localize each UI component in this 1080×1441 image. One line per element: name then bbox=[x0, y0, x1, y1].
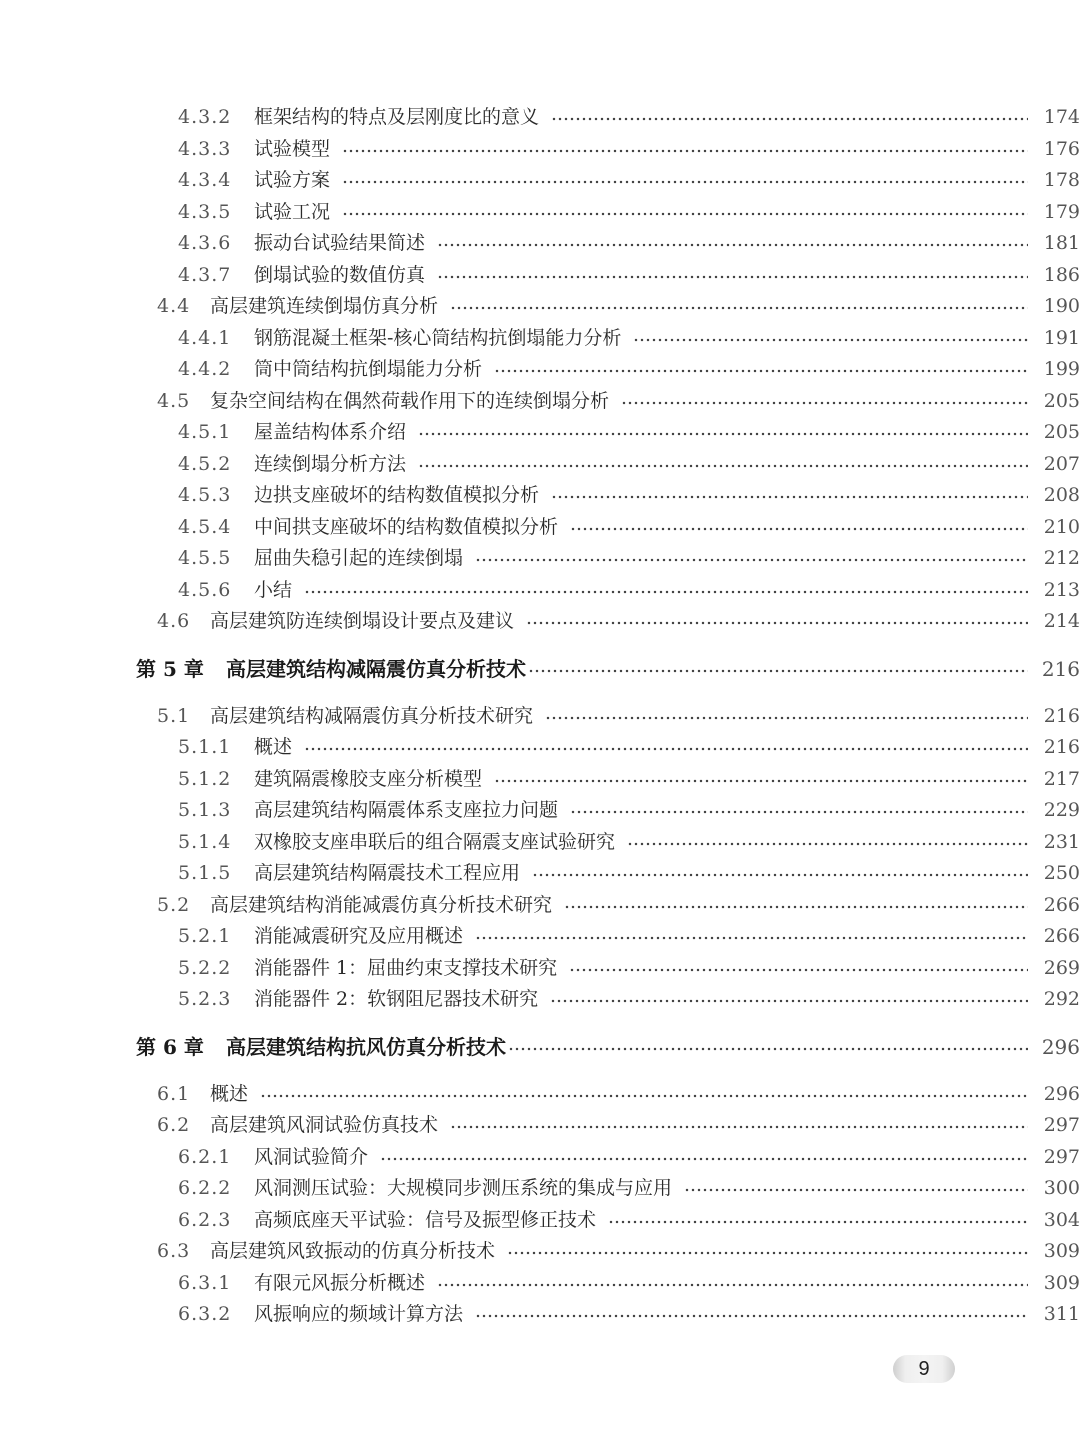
toc-entry[interactable]: 6.2.1风洞试验简介297 bbox=[0, 1143, 1080, 1171]
dot-leader bbox=[450, 306, 1028, 310]
dot-leader bbox=[551, 495, 1028, 499]
dot-leader bbox=[450, 1125, 1028, 1129]
page-number: 266 bbox=[1036, 891, 1080, 919]
toc-entry[interactable]: 6.3.1有限元风振分析概述309 bbox=[0, 1269, 1080, 1297]
dot-leader bbox=[304, 747, 1028, 751]
page-number: 214 bbox=[1036, 607, 1080, 635]
section-title: 筒中筒结构抗倒塌能力分析 bbox=[254, 355, 482, 383]
section-number: 4.5.6 bbox=[178, 576, 254, 604]
page-number: 231 bbox=[1036, 828, 1080, 856]
section-title: 风洞试验简介 bbox=[254, 1143, 368, 1171]
page-number: 210 bbox=[1036, 513, 1080, 541]
section-title: 建筑隔震橡胶支座分析模型 bbox=[254, 765, 482, 793]
toc-entry[interactable]: 6.1概述296 bbox=[0, 1080, 1080, 1108]
page-number: 205 bbox=[1036, 418, 1080, 446]
toc-entry[interactable]: 4.3.5试验工况179 bbox=[0, 198, 1080, 226]
dot-leader bbox=[633, 338, 1028, 342]
section-number: 6.3.2 bbox=[178, 1300, 254, 1328]
dot-leader bbox=[526, 621, 1028, 625]
section-number: 6.2 bbox=[157, 1111, 210, 1139]
dot-leader bbox=[621, 401, 1028, 405]
dot-leader bbox=[380, 1157, 1028, 1161]
section-number: 5.1.4 bbox=[178, 828, 254, 856]
chapter-title: 高层建筑结构抗风仿真分析技术 bbox=[226, 1033, 506, 1061]
page-number: 199 bbox=[1036, 355, 1080, 383]
toc-entry[interactable]: 4.4.1钢筋混凝土框架-核心筒结构抗倒塌能力分析191 bbox=[0, 324, 1080, 352]
toc-entry[interactable]: 4.6高层建筑防连续倒塌设计要点及建议214 bbox=[0, 607, 1080, 635]
section-title: 试验模型 bbox=[254, 135, 330, 163]
dot-leader bbox=[437, 1283, 1028, 1287]
section-number: 4.6 bbox=[157, 607, 210, 635]
page-number: 216 bbox=[1036, 655, 1080, 683]
page-number: 216 bbox=[1036, 702, 1080, 730]
page-number: 304 bbox=[1036, 1206, 1080, 1234]
section-title: 风振响应的频域计算方法 bbox=[254, 1300, 463, 1328]
section-title: 中间拱支座破坏的结构数值模拟分析 bbox=[254, 513, 558, 541]
page-number: 179 bbox=[1036, 198, 1080, 226]
toc-entry[interactable]: 4.4.2筒中筒结构抗倒塌能力分析199 bbox=[0, 355, 1080, 383]
toc-entry[interactable]: 4.5.5屈曲失稳引起的连续倒塌212 bbox=[0, 544, 1080, 572]
section-title: 屋盖结构体系介绍 bbox=[254, 418, 406, 446]
section-number: 4.5 bbox=[157, 387, 210, 415]
section-title: 高频底座天平试验：信号及振型修正技术 bbox=[254, 1206, 596, 1234]
section-number: 4.3.3 bbox=[178, 135, 254, 163]
page-number: 250 bbox=[1036, 859, 1080, 887]
dot-leader bbox=[475, 1314, 1028, 1318]
dot-leader bbox=[569, 968, 1028, 972]
toc-entry[interactable]: 5.1.3高层建筑结构隔震体系支座拉力问题229 bbox=[0, 796, 1080, 824]
dot-leader bbox=[570, 527, 1028, 531]
page-number: 176 bbox=[1036, 135, 1080, 163]
dot-leader bbox=[684, 1188, 1028, 1192]
dot-leader bbox=[564, 905, 1028, 909]
toc-entry[interactable]: 6.2.3高频底座天平试验：信号及振型修正技术304 bbox=[0, 1206, 1080, 1234]
dot-leader bbox=[570, 810, 1028, 814]
toc-entry[interactable]: 4.4高层建筑连续倒塌仿真分析190 bbox=[0, 292, 1080, 320]
page-number: 207 bbox=[1036, 450, 1080, 478]
toc-entry[interactable]: 5.2高层建筑结构消能减震仿真分析技术研究266 bbox=[0, 891, 1080, 919]
section-title: 钢筋混凝土框架-核心筒结构抗倒塌能力分析 bbox=[254, 324, 621, 352]
page-number: 178 bbox=[1036, 166, 1080, 194]
toc-entry[interactable]: 4.5.2连续倒塌分析方法207 bbox=[0, 450, 1080, 478]
section-title: 试验方案 bbox=[254, 166, 330, 194]
page-number: 186 bbox=[1036, 261, 1080, 289]
toc-entry[interactable]: 4.5.6小结213 bbox=[0, 576, 1080, 604]
page-number: 296 bbox=[1036, 1080, 1080, 1108]
section-number: 5.2.1 bbox=[178, 922, 254, 950]
section-number: 4.3.2 bbox=[178, 103, 254, 131]
chapter-title: 高层建筑结构减隔震仿真分析技术 bbox=[226, 655, 526, 683]
section-number: 4.4 bbox=[157, 292, 210, 320]
section-number: 6.2.3 bbox=[178, 1206, 254, 1234]
page-number: 311 bbox=[1036, 1300, 1080, 1328]
section-number: 4.3.7 bbox=[178, 261, 254, 289]
dot-leader bbox=[551, 117, 1028, 121]
page-number: 191 bbox=[1036, 324, 1080, 352]
section-number: 4.3.6 bbox=[178, 229, 254, 257]
dot-leader bbox=[475, 558, 1028, 562]
section-title: 复杂空间结构在偶然荷载作用下的连续倒塌分析 bbox=[210, 387, 609, 415]
dot-leader bbox=[342, 149, 1028, 153]
toc-entry[interactable]: 6.3.2风振响应的频域计算方法311 bbox=[0, 1300, 1080, 1328]
page-number: 297 bbox=[1036, 1143, 1080, 1171]
dot-leader bbox=[494, 779, 1028, 783]
section-title: 概述 bbox=[254, 733, 292, 761]
dot-leader bbox=[608, 1220, 1028, 1224]
section-number: 4.5.5 bbox=[178, 544, 254, 572]
dot-leader bbox=[304, 590, 1028, 594]
toc-entry[interactable]: 4.3.6振动台试验结果简述181 bbox=[0, 229, 1080, 257]
section-title: 高层建筑结构减隔震仿真分析技术研究 bbox=[210, 702, 533, 730]
section-title: 概述 bbox=[210, 1080, 248, 1108]
section-number: 5.2.3 bbox=[178, 985, 254, 1013]
toc-entry[interactable]: 4.5.1屋盖结构体系介绍205 bbox=[0, 418, 1080, 446]
toc-entry[interactable]: 5.2.1消能减震研究及应用概述266 bbox=[0, 922, 1080, 950]
section-number: 4.3.4 bbox=[178, 166, 254, 194]
dot-leader bbox=[627, 842, 1028, 846]
page-number: 181 bbox=[1036, 229, 1080, 257]
section-number: 4.4.1 bbox=[178, 324, 254, 352]
section-number: 5.1.1 bbox=[178, 733, 254, 761]
toc-entry[interactable]: 5.1.1概述216 bbox=[0, 733, 1080, 761]
dot-leader bbox=[507, 1251, 1028, 1255]
toc-entry[interactable]: 4.5复杂空间结构在偶然荷载作用下的连续倒塌分析205 bbox=[0, 387, 1080, 415]
page-number: 296 bbox=[1036, 1033, 1080, 1061]
toc-entry[interactable]: 6.2高层建筑风洞试验仿真技术297 bbox=[0, 1111, 1080, 1139]
page-number: 269 bbox=[1036, 954, 1080, 982]
section-title: 高层建筑连续倒塌仿真分析 bbox=[210, 292, 438, 320]
toc-entry[interactable]: 4.5.3边拱支座破坏的结构数值模拟分析208 bbox=[0, 481, 1080, 509]
dot-leader bbox=[418, 464, 1028, 468]
toc-entry[interactable]: 4.3.7倒塌试验的数值仿真186 bbox=[0, 261, 1080, 289]
dot-leader bbox=[545, 716, 1028, 720]
chapter-number: 第 6 章 bbox=[136, 1033, 226, 1061]
page-number: 292 bbox=[1036, 985, 1080, 1013]
section-title: 高层建筑结构消能减震仿真分析技术研究 bbox=[210, 891, 552, 919]
toc-chapter-entry[interactable]: 第 6 章高层建筑结构抗风仿真分析技术296 bbox=[0, 1033, 1080, 1061]
toc-entry[interactable]: 5.1.4双橡胶支座串联后的组合隔震支座试验研究231 bbox=[0, 828, 1080, 856]
page-number: 217 bbox=[1036, 765, 1080, 793]
section-title: 屈曲失稳引起的连续倒塌 bbox=[254, 544, 463, 572]
dot-leader bbox=[494, 369, 1028, 373]
page-number: 229 bbox=[1036, 796, 1080, 824]
toc-entry[interactable]: 4.5.4中间拱支座破坏的结构数值模拟分析210 bbox=[0, 513, 1080, 541]
section-title: 小结 bbox=[254, 576, 292, 604]
section-number: 5.1.5 bbox=[178, 859, 254, 887]
dot-leader bbox=[508, 1047, 1028, 1051]
section-title: 有限元风振分析概述 bbox=[254, 1269, 425, 1297]
section-number: 5.2.2 bbox=[178, 954, 254, 982]
section-number: 5.1.3 bbox=[178, 796, 254, 824]
section-title: 框架结构的特点及层刚度比的意义 bbox=[254, 103, 539, 131]
section-number: 5.1 bbox=[157, 702, 210, 730]
section-title: 边拱支座破坏的结构数值模拟分析 bbox=[254, 481, 539, 509]
section-title: 消能器件 1：屈曲约束支撑技术研究 bbox=[254, 954, 557, 982]
page-number: 300 bbox=[1036, 1174, 1080, 1202]
section-title: 双橡胶支座串联后的组合隔震支座试验研究 bbox=[254, 828, 615, 856]
toc-entry[interactable]: 5.1高层建筑结构减隔震仿真分析技术研究216 bbox=[0, 702, 1080, 730]
dot-leader bbox=[260, 1094, 1028, 1098]
section-number: 4.5.3 bbox=[178, 481, 254, 509]
page-number: 205 bbox=[1036, 387, 1080, 415]
section-number: 4.5.2 bbox=[178, 450, 254, 478]
toc-entry[interactable]: 4.3.3试验模型176 bbox=[0, 135, 1080, 163]
section-number: 6.1 bbox=[157, 1080, 210, 1108]
section-title: 高层建筑结构隔震技术工程应用 bbox=[254, 859, 520, 887]
toc-entry[interactable]: 4.3.4试验方案178 bbox=[0, 166, 1080, 194]
dot-leader bbox=[342, 212, 1028, 216]
dot-leader bbox=[418, 432, 1028, 436]
page-number: 309 bbox=[1036, 1237, 1080, 1265]
toc-entry[interactable]: 5.2.2消能器件 1：屈曲约束支撑技术研究269 bbox=[0, 954, 1080, 982]
dot-leader bbox=[437, 275, 1028, 279]
page-number: 266 bbox=[1036, 922, 1080, 950]
section-title: 高层建筑风致振动的仿真分析技术 bbox=[210, 1237, 495, 1265]
dot-leader bbox=[437, 243, 1028, 247]
toc-entry[interactable]: 5.2.3消能器件 2：软钢阻尼器技术研究292 bbox=[0, 985, 1080, 1013]
section-title: 消能器件 2：软钢阻尼器技术研究 bbox=[254, 985, 538, 1013]
section-title: 高层建筑防连续倒塌设计要点及建议 bbox=[210, 607, 514, 635]
toc-entry[interactable]: 4.3.2框架结构的特点及层刚度比的意义174 bbox=[0, 103, 1080, 131]
section-number: 5.1.2 bbox=[178, 765, 254, 793]
page-number-badge: 9 bbox=[893, 1355, 955, 1383]
page-number: 216 bbox=[1036, 733, 1080, 761]
toc-chapter-entry[interactable]: 第 5 章高层建筑结构减隔震仿真分析技术216 bbox=[0, 655, 1080, 683]
section-title: 振动台试验结果简述 bbox=[254, 229, 425, 257]
chapter-number: 第 5 章 bbox=[136, 655, 226, 683]
section-title: 连续倒塌分析方法 bbox=[254, 450, 406, 478]
dot-leader bbox=[532, 873, 1028, 877]
section-number: 4.5.4 bbox=[178, 513, 254, 541]
page-number: 208 bbox=[1036, 481, 1080, 509]
page-number: 174 bbox=[1036, 103, 1080, 131]
footer-page-number: 9 bbox=[918, 1358, 929, 1381]
section-number: 6.2.2 bbox=[178, 1174, 254, 1202]
dot-leader bbox=[528, 669, 1028, 673]
dot-leader bbox=[342, 180, 1028, 184]
section-number: 6.3 bbox=[157, 1237, 210, 1265]
section-number: 5.2 bbox=[157, 891, 210, 919]
toc-entry[interactable]: 6.2.2风洞测压试验：大规模同步测压系统的集成与应用300 bbox=[0, 1174, 1080, 1202]
section-title: 试验工况 bbox=[254, 198, 330, 226]
section-title: 消能减震研究及应用概述 bbox=[254, 922, 463, 950]
page-number: 213 bbox=[1036, 576, 1080, 604]
section-number: 4.4.2 bbox=[178, 355, 254, 383]
section-number: 6.3.1 bbox=[178, 1269, 254, 1297]
page-number: 212 bbox=[1036, 544, 1080, 572]
section-title: 倒塌试验的数值仿真 bbox=[254, 261, 425, 289]
page-number: 297 bbox=[1036, 1111, 1080, 1139]
toc-entry[interactable]: 5.1.2建筑隔震橡胶支座分析模型217 bbox=[0, 765, 1080, 793]
section-title: 高层建筑风洞试验仿真技术 bbox=[210, 1111, 438, 1139]
section-number: 4.5.1 bbox=[178, 418, 254, 446]
page-number: 190 bbox=[1036, 292, 1080, 320]
section-number: 4.3.5 bbox=[178, 198, 254, 226]
section-title: 风洞测压试验：大规模同步测压系统的集成与应用 bbox=[254, 1174, 672, 1202]
toc-entry[interactable]: 6.3高层建筑风致振动的仿真分析技术309 bbox=[0, 1237, 1080, 1265]
page-number: 309 bbox=[1036, 1269, 1080, 1297]
section-title: 高层建筑结构隔震体系支座拉力问题 bbox=[254, 796, 558, 824]
dot-leader bbox=[550, 999, 1028, 1003]
toc-entry[interactable]: 5.1.5高层建筑结构隔震技术工程应用250 bbox=[0, 859, 1080, 887]
dot-leader bbox=[475, 936, 1028, 940]
section-number: 6.2.1 bbox=[178, 1143, 254, 1171]
